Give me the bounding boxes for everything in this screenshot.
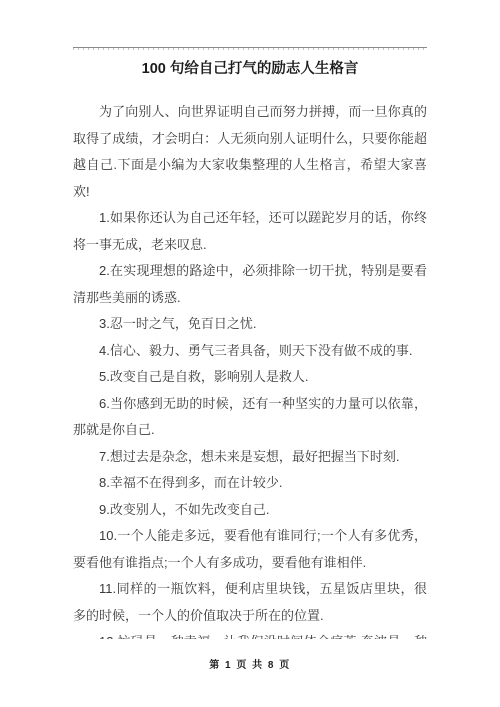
quote-paragraph-1: 1.如果你还认为自己还年轻，还可以蹉跎岁月的话，你终将一事无成，老来叹息. bbox=[73, 205, 427, 258]
quote-paragraph-12: 12.忙碌是一种幸福，让我们没时间体会痛苦;奔波是一种快乐， bbox=[73, 629, 427, 639]
quote-paragraph-7: 7.想过去是杂念，想未来是妄想，最好把握当下时刻. bbox=[73, 444, 427, 471]
quote-paragraph-2: 2.在实现理想的路途中，必须排除一切干扰，特别是要看清那些美丽的诱惑. bbox=[73, 258, 427, 311]
intro-paragraph: 为了向别人、向世界证明自己而努力拼搏，而一旦你真的取得了成绩，才会明白：人无须向… bbox=[73, 99, 427, 205]
page-number: 第 1 页 共 8 页 bbox=[0, 656, 500, 671]
quote-paragraph-11: 11.同样的一瓶饮料，便利店里块钱，五星饭店里块，很多的时候，一个人的价值取决于… bbox=[73, 576, 427, 629]
quote-paragraph-5: 5.改变自己是自救，影响别人是救人. bbox=[73, 364, 427, 391]
document-page: 100 句给自己打气的励志人生格言 为了向别人、向世界证明自己而努力拼搏，而一旦… bbox=[0, 0, 500, 707]
quote-paragraph-4: 4.信心、毅力、勇气三者具备，则天下没有做不成的事. bbox=[73, 338, 427, 365]
page-title: 100 句给自己打气的励志人生格言 bbox=[0, 60, 500, 78]
quote-paragraph-9: 9.改变别人，不如先改变自己. bbox=[73, 497, 427, 524]
quote-paragraph-3: 3.忍一时之气，免百日之忧. bbox=[73, 311, 427, 338]
quote-paragraph-8: 8.幸福不在得到多，而在计较少. bbox=[73, 470, 427, 497]
document-body: 为了向别人、向世界证明自己而努力拼搏，而一旦你真的取得了成绩，才会明白：人无须向… bbox=[73, 99, 427, 639]
quote-paragraph-10: 10.一个人能走多远，要看他有谁同行;一个人有多优秀，要看他有谁指点;一个人有多… bbox=[73, 523, 427, 576]
quote-paragraph-6: 6.当你感到无助的时候，还有一种坚实的力量可以依靠，那就是你自己. bbox=[73, 391, 427, 444]
top-divider bbox=[73, 47, 427, 50]
